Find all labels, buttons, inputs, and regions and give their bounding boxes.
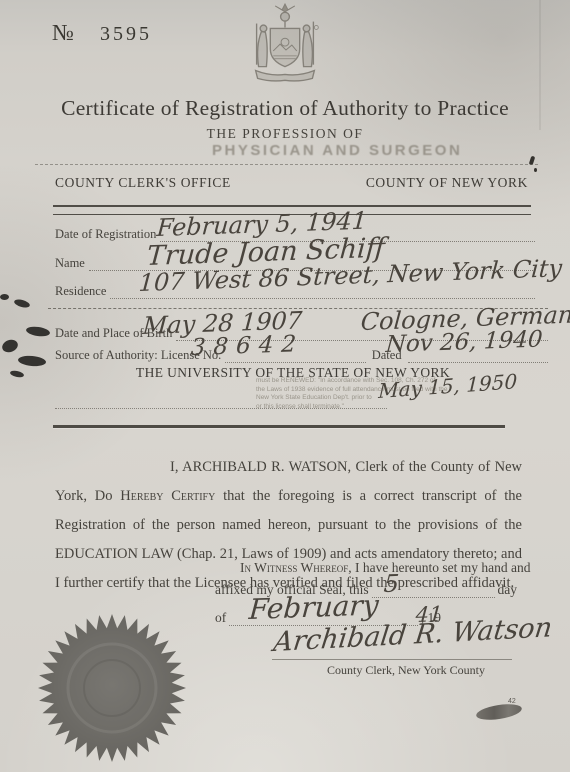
- certificate-number: 3595: [100, 23, 152, 46]
- body-divider-rule: [53, 425, 505, 428]
- profession-stamp: PHYSICIAN AND SURGEON: [212, 142, 462, 159]
- fill-in-line: [408, 358, 548, 363]
- ink-smudge: [13, 298, 30, 309]
- witness-day-value: 5: [383, 571, 400, 596]
- witness-day-label: day: [498, 582, 518, 598]
- registration-date-label: Date of Registration: [55, 227, 160, 242]
- office-county-row: COUNTY CLERK'S OFFICE COUNTY OF NEW YORK: [55, 175, 528, 191]
- license-dated-value: Nov 26, 1940: [385, 328, 543, 357]
- ink-smudge: [0, 294, 9, 300]
- profession-heading: THE PROFESSION OF: [0, 126, 570, 142]
- certify-smallcaps: Hereby Certify: [120, 488, 215, 504]
- residence-label: Residence: [55, 284, 110, 299]
- ink-smudge: [0, 338, 19, 355]
- witness-of-label: of: [215, 610, 226, 626]
- license-number-value: 38642: [190, 333, 305, 360]
- fill-in-line: [55, 404, 387, 409]
- witness-whereof: In Witness Whereof,: [240, 560, 352, 575]
- embossed-starburst-seal-icon: [37, 611, 187, 765]
- certificate-page: № 3595 Certificate of Registratio: [0, 0, 570, 772]
- profession-rule: [35, 164, 538, 165]
- signature-line: [272, 659, 512, 660]
- witness-line1-rest: I have hereunto set my hand and: [352, 560, 531, 575]
- new-york-state-seal-icon: [236, 2, 334, 96]
- clerk-office-label: COUNTY CLERK'S OFFICE: [55, 175, 231, 191]
- name-label: Name: [55, 256, 89, 271]
- print-shop-stamp-number: 42: [508, 698, 516, 705]
- ink-mark: [534, 168, 537, 172]
- number-sign: №: [52, 20, 74, 46]
- ink-smudge: [25, 325, 50, 337]
- witness-month-value: February: [248, 591, 380, 624]
- county-label: COUNTY OF NEW YORK: [366, 175, 528, 191]
- document-number: № 3595: [52, 20, 152, 46]
- certificate-title: Certificate of Registration of Authority…: [0, 96, 570, 121]
- clerk-title: County Clerk, New York County: [300, 663, 512, 678]
